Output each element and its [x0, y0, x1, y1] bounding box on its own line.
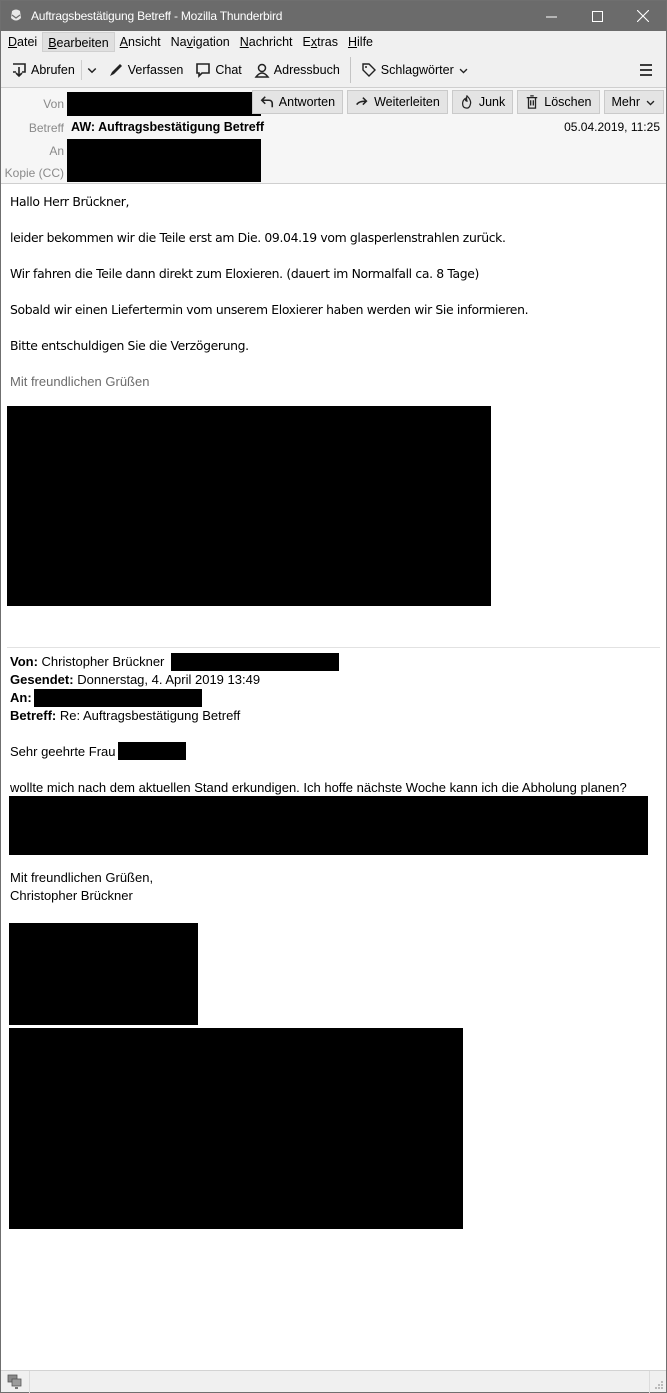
menu-extras[interactable]: Extras	[298, 32, 343, 52]
quoted-to-redacted	[34, 689, 202, 707]
delete-label: Löschen	[544, 95, 591, 109]
signature-redacted	[7, 406, 491, 606]
close-button[interactable]	[620, 1, 666, 31]
tags-label: Schlagwörter	[381, 63, 454, 77]
status-bar	[1, 1370, 666, 1392]
app-menu-button[interactable]	[632, 57, 660, 83]
resize-grip-icon[interactable]	[654, 1380, 664, 1390]
menu-label: achricht	[249, 35, 293, 49]
forward-button[interactable]: Weiterleiten	[347, 90, 448, 114]
body-paragraph: Sobald wir einen Liefertermin vom unsere…	[10, 302, 528, 317]
minimize-icon	[546, 11, 557, 22]
body-paragraph: leider bekommen wir die Teile erst am Di…	[10, 230, 506, 245]
junk-button[interactable]: Junk	[452, 90, 513, 114]
quoted-closing-2: Christopher Brückner	[10, 888, 133, 903]
chat-button[interactable]: Chat	[189, 57, 247, 83]
more-label: Mehr	[612, 95, 640, 109]
message-date: 05.04.2019, 11:25	[564, 120, 660, 134]
menu-navigation[interactable]: Navigation	[166, 32, 235, 52]
greeting: Hallo Herr Brückner,	[10, 194, 129, 209]
forward-arrow-icon	[355, 95, 369, 109]
from-label: Von	[43, 97, 64, 111]
address-book-label: Adressbuch	[274, 63, 340, 77]
tags-button[interactable]: Schlagwörter	[355, 57, 475, 83]
menu-label: atei	[17, 35, 37, 49]
quoted-sent: Gesendet: Donnerstag, 4. April 2019 13:4…	[10, 672, 260, 687]
menu-hilfe[interactable]: Hilfe	[343, 32, 378, 52]
forward-label: Weiterleiten	[374, 95, 440, 109]
maximize-button[interactable]	[574, 1, 620, 31]
compose-button[interactable]: Verfassen	[102, 57, 190, 83]
reply-button[interactable]: Antworten	[252, 90, 343, 114]
chevron-down-icon	[86, 64, 98, 76]
more-button[interactable]: Mehr	[604, 90, 664, 114]
quoted-to: An:	[10, 690, 32, 705]
quoted-sent-value: Donnerstag, 4. April 2019 13:49	[77, 672, 260, 687]
minimize-button[interactable]	[528, 1, 574, 31]
chat-label: Chat	[215, 63, 241, 77]
subject-label: Betreff	[29, 121, 64, 135]
window-title: Auftragsbestätigung Betreff - Mozilla Th…	[31, 9, 282, 23]
quoted-subject-value: Re: Auftragsbestätigung Betreff	[60, 708, 240, 723]
quoted-subject: Betreff: Re: Auftragsbestätigung Betreff	[10, 708, 240, 723]
header-actions: Antworten Weiterleiten Junk Löschen Mehr	[252, 90, 664, 114]
get-messages-label: Abrufen	[31, 63, 75, 77]
address-book-button[interactable]: Adressbuch	[248, 57, 346, 83]
menu-accel: A	[120, 35, 128, 49]
quoted-signature-redacted	[9, 1028, 463, 1229]
chat-bubble-icon	[195, 62, 211, 78]
menu-accel: N	[240, 35, 249, 49]
status-separator	[649, 1371, 650, 1393]
network-status-icon[interactable]	[7, 1374, 23, 1390]
message-body: Hallo Herr Brückner, leider bekommen wir…	[1, 185, 666, 1371]
close-icon	[637, 10, 649, 22]
menu-label: igation	[193, 35, 230, 49]
compose-label: Verfassen	[128, 63, 184, 77]
quoted-from: Von: Christopher Brückner	[10, 654, 164, 669]
title-bar: Auftragsbestätigung Betreff - Mozilla Th…	[1, 1, 666, 31]
quoted-signature-logo-redacted	[9, 923, 198, 1025]
subject-value: AW: Auftragsbestätigung Betreff	[71, 120, 264, 134]
flame-icon	[460, 95, 474, 109]
to-label: An	[49, 144, 64, 158]
quoted-body-redacted	[9, 796, 648, 855]
quoted-salutation-name-redacted	[118, 742, 186, 760]
menu-accel: H	[348, 35, 357, 49]
hamburger-menu-icon	[638, 62, 654, 78]
main-toolbar: Abrufen Verfassen Chat Adressbuch Schlag…	[1, 53, 666, 88]
delete-button[interactable]: Löschen	[517, 90, 599, 114]
menu-nachricht[interactable]: Nachricht	[235, 32, 298, 52]
quoted-body: wollte mich nach dem aktuellen Stand erk…	[10, 780, 627, 795]
menu-label: ilfe	[357, 35, 373, 49]
menu-bar: Datei Bearbeiten Ansicht Navigation Nach…	[1, 31, 666, 53]
chevron-down-icon	[458, 65, 469, 76]
quoted-from-email-redacted	[171, 653, 339, 671]
quoted-to-label: An:	[10, 690, 32, 705]
quoted-subject-label: Betreff:	[10, 708, 56, 723]
menu-accel: D	[8, 35, 17, 49]
trash-icon	[525, 95, 539, 109]
contact-icon	[254, 62, 270, 78]
download-icon	[11, 62, 27, 78]
junk-label: Junk	[479, 95, 505, 109]
reply-label: Antworten	[279, 95, 335, 109]
menu-label: nsicht	[128, 35, 161, 49]
body-paragraph: Wir fahren die Teile dann direkt zum Elo…	[10, 266, 479, 281]
menu-label: tras	[317, 35, 338, 49]
thunderbird-logo-icon	[9, 8, 23, 24]
menu-accel: B	[48, 36, 56, 50]
menu-label: Na	[171, 35, 187, 49]
reply-arrow-icon	[260, 95, 274, 109]
maximize-icon	[592, 11, 603, 22]
from-value-redacted	[67, 92, 261, 116]
menu-label: E	[303, 35, 311, 49]
message-header: Von Betreff AW: Auftragsbestätigung Betr…	[1, 88, 666, 184]
menu-bearbeiten[interactable]: Bearbeiten	[42, 32, 114, 52]
to-cc-value-redacted	[67, 139, 261, 182]
cc-label: Kopie (CC)	[5, 166, 64, 180]
quoted-closing-1: Mit freundlichen Grüßen,	[10, 870, 153, 885]
body-paragraph: Bitte entschuldigen Sie die Verzögerung.	[10, 338, 249, 353]
status-separator	[29, 1371, 30, 1393]
quoted-salutation: Sehr geehrte Frau	[10, 744, 116, 759]
quoted-sent-label: Gesendet:	[10, 672, 74, 687]
toolbar-separator	[350, 57, 351, 83]
quoted-from-label: Von:	[10, 654, 38, 669]
get-messages-dropdown[interactable]	[82, 57, 102, 83]
tag-icon	[361, 62, 377, 78]
pencil-icon	[108, 62, 124, 78]
menu-ansicht[interactable]: Ansicht	[115, 32, 166, 52]
menu-datei[interactable]: Datei	[3, 32, 42, 52]
thunderbird-window: Auftragsbestätigung Betreff - Mozilla Th…	[0, 0, 667, 1393]
closing: Mit freundlichen Grüßen	[10, 374, 149, 389]
quoted-from-value: Christopher Brückner	[42, 654, 165, 669]
menu-label: earbeiten	[57, 36, 109, 50]
get-messages-button[interactable]: Abrufen	[5, 57, 81, 83]
chevron-down-icon	[645, 97, 656, 108]
quote-divider	[7, 647, 660, 648]
